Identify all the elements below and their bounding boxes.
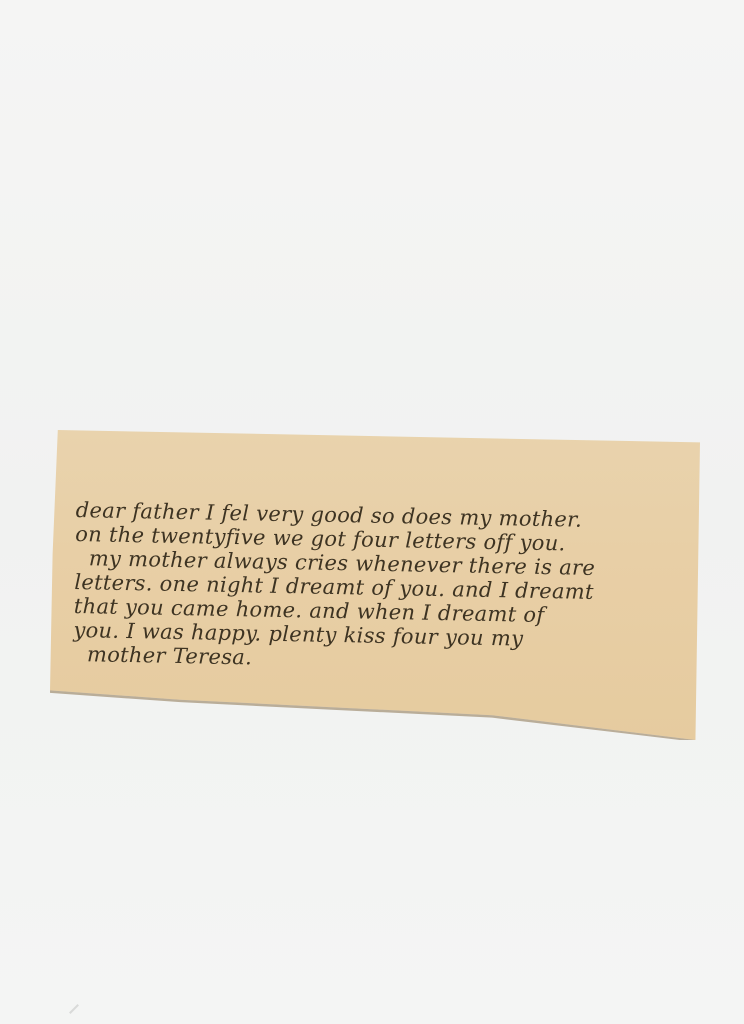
letter-body: dear father I fel very good so does my m… bbox=[73, 498, 696, 678]
